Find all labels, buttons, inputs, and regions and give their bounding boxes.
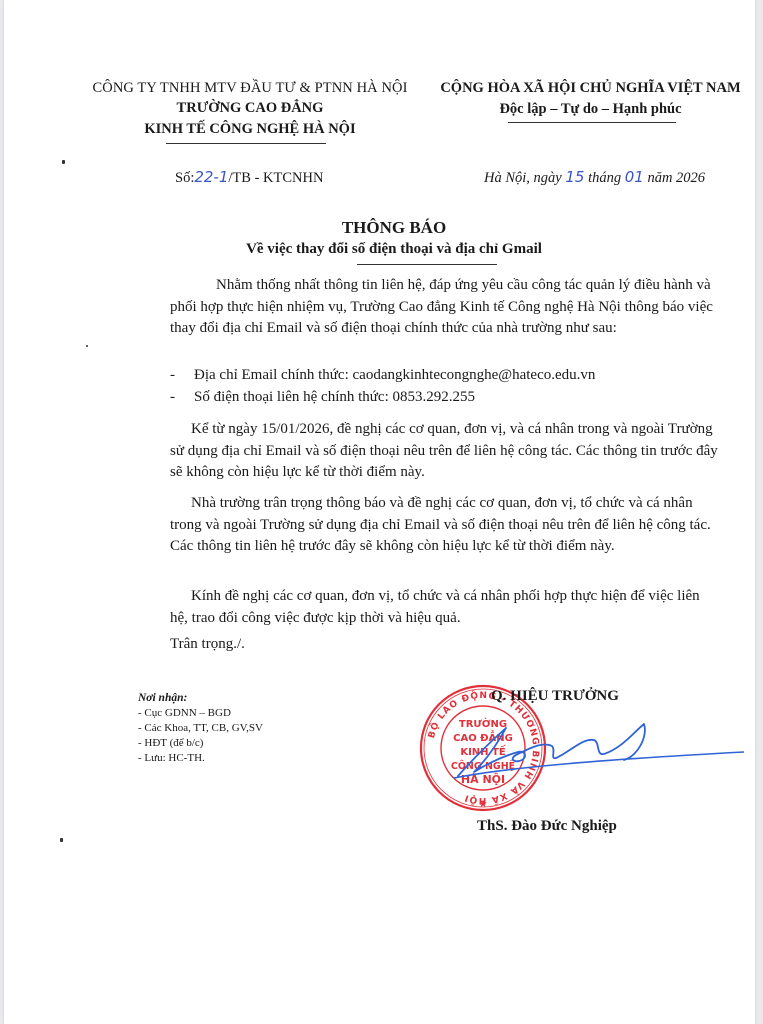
list-item-phone: - Số điện thoại liên hệ chính thức: 0853… xyxy=(170,386,720,408)
school-name-line1: TRƯỜNG CAO ĐẲNG xyxy=(80,98,420,119)
paragraph-effective-date: Kể từ ngày 15/01/2026, đề nghị các cơ qu… xyxy=(170,419,720,484)
closing-phrase: Trân trọng./. xyxy=(170,636,245,653)
document-title: THÔNG BÁO Về việc thay đổi số điện thoại… xyxy=(164,217,624,259)
signatory-name: ThS. Đào Đức Nghiệp xyxy=(477,818,617,835)
title-subtitle: Về việc thay đổi số điện thoại và địa ch… xyxy=(164,239,624,259)
handwritten-day: 15 xyxy=(565,168,584,186)
school-name-line2: KINH TẾ CÔNG NGHỆ HÀ NỘI xyxy=(80,119,420,140)
recipient-item: - Cục GDNN – BGD xyxy=(138,706,263,721)
signatory-title: Q. HIỆU TRƯỞNG xyxy=(491,688,619,705)
scan-speck xyxy=(60,838,63,842)
motto: Độc lập – Tự do – Hạnh phúc xyxy=(428,98,753,120)
handwritten-number: 22-1 xyxy=(194,168,228,186)
recipient-item: - Lưu: HC-TH. xyxy=(138,751,263,766)
parent-company: CÔNG TY TNHH MTV ĐẦU TƯ & PTNN HÀ NỘI xyxy=(80,78,420,98)
recipient-item: - Các Khoa, TT, CB, GV,SV xyxy=(138,721,263,736)
issuer-underline xyxy=(166,143,326,144)
national-motto-header: CỘNG HÒA XÃ HỘI CHỦ NGHĨA VIỆT NAM Độc l… xyxy=(428,78,753,120)
paragraph-request: Kính đề nghị các cơ quan, đơn vị, tổ chứ… xyxy=(170,586,720,629)
document-number: Số:22-1/TB - KTCNHN xyxy=(175,168,323,187)
scan-speck xyxy=(86,345,88,347)
issue-date: Hà Nội, ngày 15 tháng 01 năm 2026 xyxy=(484,168,705,187)
motto-underline xyxy=(508,122,676,123)
recipients-list: Nơi nhận: - Cục GDNN – BGD - Các Khoa, T… xyxy=(138,691,263,766)
handwritten-month: 01 xyxy=(625,168,644,186)
svg-text:★: ★ xyxy=(479,799,488,810)
list-item-email: - Địa chỉ Email chính thức: caodangkinht… xyxy=(170,364,720,386)
country-name: CỘNG HÒA XÃ HỘI CHỦ NGHĨA VIỆT NAM xyxy=(428,78,753,98)
recipients-heading: Nơi nhận: xyxy=(138,691,263,706)
email-address: caodangkinhtecongnghe@hateco.edu.vn xyxy=(353,367,596,383)
contact-list: - Địa chỉ Email chính thức: caodangkinht… xyxy=(170,364,720,408)
document-page: CÔNG TY TNHH MTV ĐẦU TƯ & PTNN HÀ NỘI TR… xyxy=(4,0,755,1024)
recipient-item: - HĐT (để b/c) xyxy=(138,736,263,751)
signature-icon xyxy=(444,716,744,786)
paragraph-notice: Nhà trường trân trọng thông báo và đề ng… xyxy=(170,493,720,558)
paragraph-intro: Nhằm thống nhất thông tin liên hệ, đáp ứ… xyxy=(170,275,720,340)
issuer-header: CÔNG TY TNHH MTV ĐẦU TƯ & PTNN HÀ NỘI TR… xyxy=(80,78,420,140)
title-underline xyxy=(357,264,497,265)
title-main: THÔNG BÁO xyxy=(164,217,624,239)
phone-number: 0853.292.255 xyxy=(393,389,476,405)
scan-speck xyxy=(62,160,65,164)
